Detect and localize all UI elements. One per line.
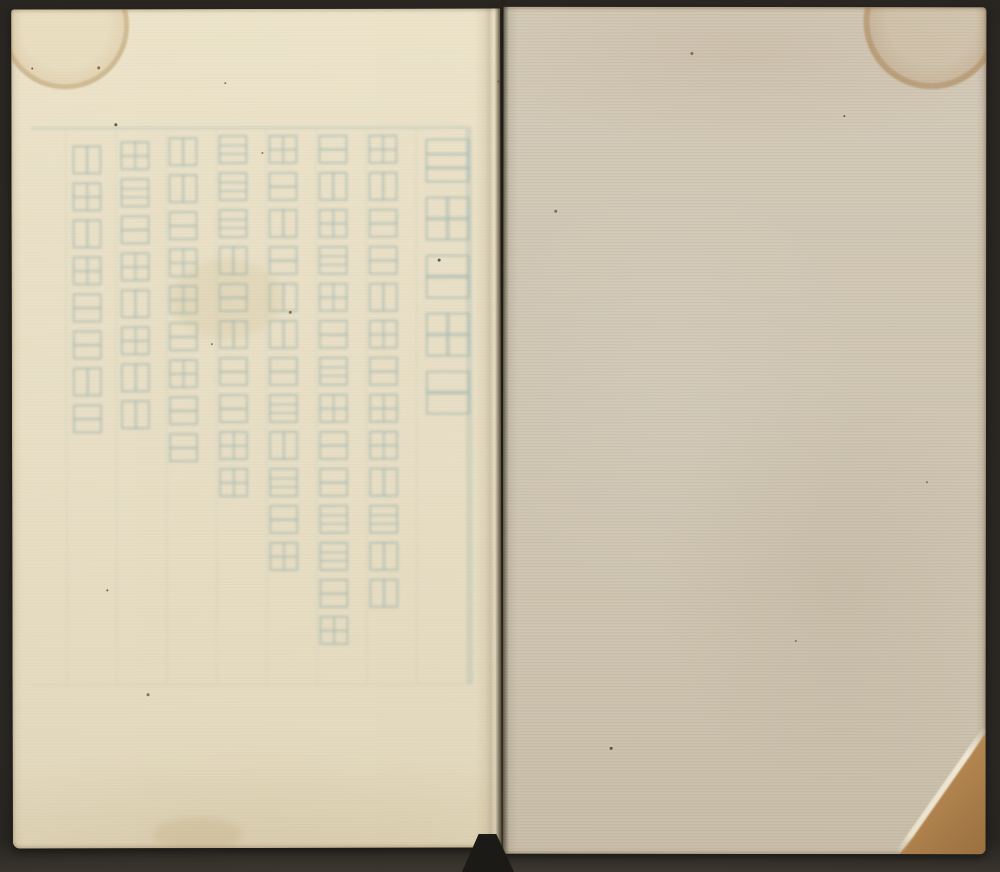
bleed-through-glyph bbox=[426, 371, 470, 415]
ink-speck bbox=[926, 481, 928, 483]
ink-speck bbox=[97, 66, 100, 69]
ink-speck bbox=[114, 123, 117, 126]
bleed-through-glyph bbox=[218, 135, 247, 164]
bleed-through-glyph bbox=[269, 246, 298, 275]
bleed-through-glyph bbox=[268, 172, 297, 201]
bleed-through-glyph bbox=[319, 505, 348, 534]
bleed-through-glyph bbox=[73, 404, 102, 433]
bleed-through-glyph bbox=[319, 246, 348, 275]
bleed-through-glyph bbox=[169, 396, 198, 425]
ink-speck bbox=[610, 747, 613, 750]
bleed-through-glyph bbox=[218, 172, 247, 201]
bleed-through-glyph bbox=[169, 433, 198, 462]
ink-speck bbox=[289, 311, 292, 314]
bleed-through-glyph bbox=[168, 137, 197, 166]
bleed-through-glyph bbox=[319, 431, 348, 460]
bleed-through-glyph bbox=[219, 431, 248, 460]
bleed-through-glyph bbox=[169, 211, 198, 240]
bleed-through-glyph bbox=[369, 579, 398, 608]
bleed-through-glyph bbox=[73, 293, 102, 322]
bleed-through-glyph bbox=[121, 252, 150, 281]
bleed-through-glyph bbox=[121, 363, 150, 392]
bleed-through-column bbox=[425, 139, 470, 415]
bleed-through-glyph bbox=[369, 320, 398, 349]
spine-gap-shadow bbox=[495, 0, 509, 858]
bleed-through-glyph bbox=[219, 468, 248, 497]
ink-speck bbox=[690, 52, 693, 55]
bleed-through-glyph bbox=[219, 246, 248, 275]
bleed-through-glyph bbox=[369, 246, 398, 275]
bleed-through-glyph bbox=[269, 468, 298, 497]
paper-blotch bbox=[153, 817, 243, 848]
bleed-through-glyph bbox=[369, 542, 398, 571]
bleed-through-glyph bbox=[169, 322, 198, 351]
bleed-through-column bbox=[72, 145, 102, 433]
bleed-through-glyph bbox=[319, 542, 348, 571]
ink-speck bbox=[554, 210, 557, 213]
right-page bbox=[503, 7, 987, 855]
water-stain-ring-left bbox=[11, 8, 129, 89]
bleed-through-glyph bbox=[120, 178, 149, 207]
bleed-through-column bbox=[368, 135, 398, 608]
bleed-through-glyph bbox=[73, 256, 102, 285]
bleed-through-glyph bbox=[318, 172, 347, 201]
bleed-through-glyph bbox=[121, 215, 150, 244]
ink-speck bbox=[438, 259, 441, 262]
bleed-through-column bbox=[218, 135, 248, 497]
bleed-through-glyph bbox=[73, 330, 102, 359]
bleed-through-glyph bbox=[426, 197, 470, 241]
bleed-through-glyph bbox=[426, 313, 470, 357]
bleed-through-glyph bbox=[319, 616, 348, 645]
bleed-through-glyph bbox=[72, 182, 101, 211]
bleed-through-glyph bbox=[121, 326, 150, 355]
bleed-through-glyph bbox=[369, 468, 398, 497]
bleed-through-glyph bbox=[219, 320, 248, 349]
bleed-through-column bbox=[268, 135, 298, 571]
bleed-through-glyph bbox=[369, 209, 398, 238]
bleed-through-glyph bbox=[426, 255, 470, 299]
bleed-through-glyph bbox=[269, 394, 298, 423]
bleed-through-glyph bbox=[269, 320, 298, 349]
bleed-through-glyph bbox=[318, 135, 347, 164]
bleed-through-glyph bbox=[219, 283, 248, 312]
bleed-through-glyph bbox=[369, 283, 398, 312]
ink-speck bbox=[224, 82, 226, 84]
bleed-through-glyph bbox=[219, 394, 248, 423]
bleed-through-glyph bbox=[369, 431, 398, 460]
bleed-through-glyph bbox=[121, 289, 150, 318]
bleed-through-glyph bbox=[73, 219, 102, 248]
bleed-through-glyph bbox=[368, 135, 397, 164]
left-page bbox=[11, 8, 502, 848]
bleed-through-glyph bbox=[319, 283, 348, 312]
bleed-through-glyph bbox=[269, 283, 298, 312]
bleed-through-glyph bbox=[319, 209, 348, 238]
photograph-backdrop bbox=[0, 0, 1000, 872]
bleed-through-glyph bbox=[319, 468, 348, 497]
bleed-through-glyph bbox=[169, 248, 198, 277]
bleed-through-glyph bbox=[369, 357, 398, 386]
bleed-through-glyph bbox=[269, 542, 298, 571]
bleed-through-glyph bbox=[425, 139, 469, 183]
bleed-through-glyph bbox=[120, 141, 149, 170]
bleed-through-glyph bbox=[73, 367, 102, 396]
ink-speck bbox=[843, 115, 845, 117]
bleed-through-glyph bbox=[169, 359, 198, 388]
bleed-through-column bbox=[120, 141, 150, 429]
ink-speck bbox=[31, 67, 33, 69]
bleed-through-glyph bbox=[219, 357, 248, 386]
bleed-through-glyph bbox=[319, 394, 348, 423]
ink-speck bbox=[106, 589, 108, 591]
bleed-through-glyph bbox=[269, 357, 298, 386]
water-stain-ring-right bbox=[863, 7, 986, 90]
bleed-through-column bbox=[318, 135, 348, 645]
bleed-through-glyph bbox=[269, 209, 298, 238]
ink-speck bbox=[147, 693, 150, 696]
bleed-through-glyph bbox=[168, 174, 197, 203]
bleed-through-text-block bbox=[31, 127, 472, 686]
bleed-through-glyph bbox=[319, 357, 348, 386]
bleed-through-glyph bbox=[369, 505, 398, 534]
bleed-through-column bbox=[168, 137, 198, 462]
bleed-through-glyph bbox=[72, 145, 101, 174]
ink-speck bbox=[795, 640, 797, 642]
bleed-through-glyph bbox=[319, 579, 348, 608]
ink-speck bbox=[261, 152, 263, 154]
bleed-through-glyph bbox=[369, 394, 398, 423]
bleed-through-glyph bbox=[169, 285, 198, 314]
bleed-through-glyph bbox=[269, 431, 298, 460]
ink-speck bbox=[211, 343, 213, 345]
bleed-through-glyph bbox=[121, 400, 150, 429]
bleed-through-glyph bbox=[368, 172, 397, 201]
bleed-through-glyph bbox=[219, 209, 248, 238]
bleed-through-glyph bbox=[269, 505, 298, 534]
bleed-through-glyph bbox=[319, 320, 348, 349]
bleed-through-glyph bbox=[268, 135, 297, 164]
